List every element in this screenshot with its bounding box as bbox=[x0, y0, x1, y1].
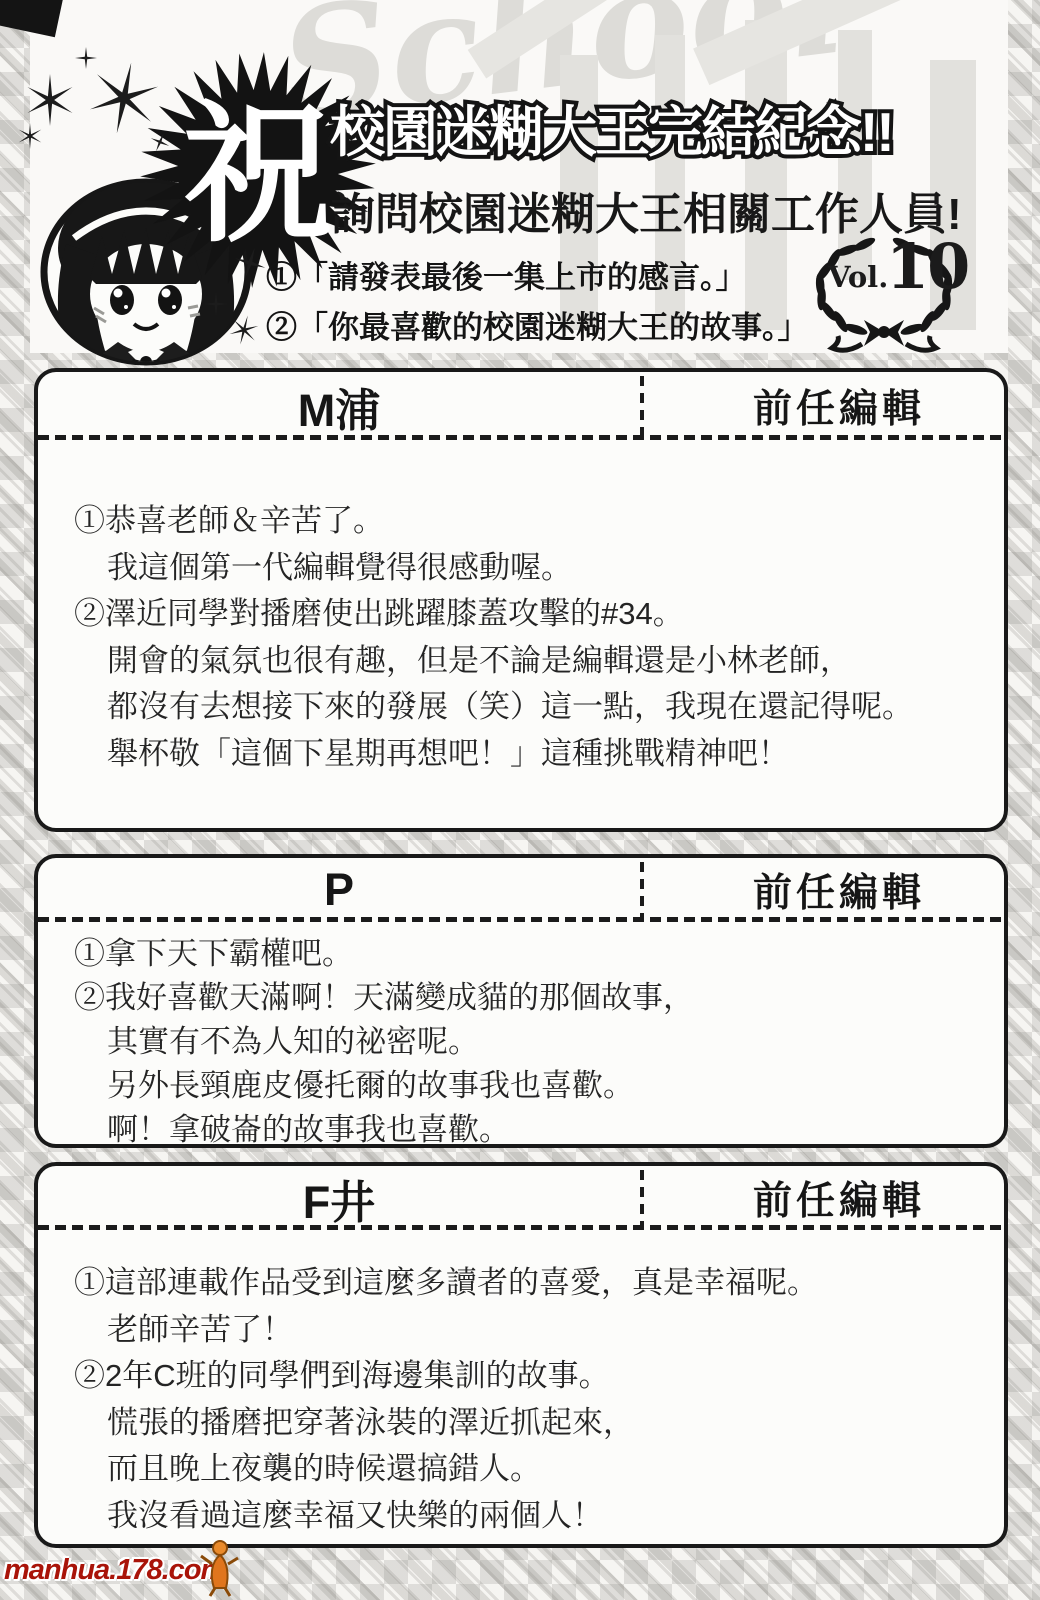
answer-block: ①這部連載作品受到這麼多讀者的喜愛，真是幸福呢。 老師辛苦了！ ②2年C班的同學… bbox=[38, 1230, 1004, 1539]
background-bar bbox=[745, 20, 787, 330]
interview-card-p: P 前任編輯 ①拿下天下霸權吧。 ②我好喜歡天滿啊！天滿變成貓的那個故事， 其實… bbox=[34, 854, 1008, 1148]
answer-line: 舉杯敬「這個下星期再想吧！」這種挑戰精神吧！ bbox=[74, 731, 988, 778]
respondent-role: 前任編輯 bbox=[674, 858, 1004, 922]
answer-line: ①恭喜老師＆辛苦了。 bbox=[74, 498, 988, 545]
answer-line: 慌張的播磨把穿著泳裝的澤近抓起來， bbox=[74, 1400, 988, 1447]
site-watermark: manhua.178.com bbox=[4, 1554, 225, 1587]
answer-line: ②我好喜歡天滿啊！天滿變成貓的那個故事， bbox=[74, 976, 988, 1020]
respondent-role: 前任編輯 bbox=[674, 1166, 1004, 1230]
answer-line: 開會的氣氛也很有趣，但是不論是編輯還是小林老師， bbox=[74, 638, 988, 685]
header-divider bbox=[640, 862, 644, 918]
card-header: M浦 前任編輯 bbox=[38, 372, 1004, 440]
answer-block: ①恭喜老師＆辛苦了。 我這個第一代編輯覺得很感動喔。 ②澤近同學對播磨使出跳躍膝… bbox=[38, 440, 1004, 777]
card-header: F井 前任編輯 bbox=[38, 1166, 1004, 1230]
interview-card-f-i: F井 前任編輯 ①這部連載作品受到這麼多讀者的喜愛，真是幸福呢。 老師辛苦了！ … bbox=[34, 1162, 1008, 1548]
answer-line: 其實有不為人知的祕密呢。 bbox=[74, 1020, 988, 1064]
respondent-name: M浦 bbox=[38, 372, 640, 440]
volume-number: 10 bbox=[886, 230, 968, 303]
respondent-role: 前任編輯 bbox=[674, 372, 1004, 440]
answer-line: ①這部連載作品受到這麼多讀者的喜愛，真是幸福呢。 bbox=[74, 1260, 988, 1307]
answer-line: 老師辛苦了！ bbox=[74, 1307, 988, 1354]
question-1: ①「請發表最後一集上市的感言。」 bbox=[266, 252, 747, 297]
answer-line: 而且晚上夜襲的時候還搞錯人。 bbox=[74, 1446, 988, 1493]
answer-line: ①拿下天下霸權吧。 bbox=[74, 932, 988, 976]
question-2: ②「你最喜歡的校園迷糊大王的故事。」 bbox=[266, 302, 809, 347]
respondent-name: F井 bbox=[38, 1166, 640, 1230]
answer-line: 我這個第一代編輯覺得很感動喔。 bbox=[74, 545, 988, 592]
header-divider bbox=[640, 376, 644, 436]
interview-card-m-ura: M浦 前任編輯 ①恭喜老師＆辛苦了。 我這個第一代編輯覺得很感動喔。 ②澤近同學… bbox=[34, 368, 1008, 832]
manga-page: School bbox=[0, 0, 1040, 1600]
answer-line: ②2年C班的同學們到海邊集訓的故事。 bbox=[74, 1353, 988, 1400]
answer-line: 另外長頸鹿皮優托爾的故事我也喜歡。 bbox=[74, 1064, 988, 1108]
page-title: 校園迷糊大王完結紀念!! bbox=[330, 88, 1020, 167]
watermark-mascot-icon bbox=[196, 1538, 240, 1598]
header-divider bbox=[640, 1170, 644, 1226]
card-header: P 前任編輯 bbox=[38, 858, 1004, 922]
answer-line: 都沒有去想接下來的發展（笑）這一點，我現在還記得呢。 bbox=[74, 684, 988, 731]
respondent-name: P bbox=[38, 858, 640, 922]
answer-block: ①拿下天下霸權吧。 ②我好喜歡天滿啊！天滿變成貓的那個故事， 其實有不為人知的祕… bbox=[38, 922, 1004, 1152]
volume-label: Vol. bbox=[828, 260, 888, 294]
answer-line: 啊！拿破崙的故事我也喜歡。 bbox=[74, 1108, 988, 1152]
scan-corner-mark bbox=[0, 0, 64, 37]
answer-line: ②澤近同學對播磨使出跳躍膝蓋攻擊的#34。 bbox=[74, 591, 988, 638]
answer-line: 我沒看過這麼幸福又快樂的兩個人！ bbox=[74, 1493, 988, 1540]
